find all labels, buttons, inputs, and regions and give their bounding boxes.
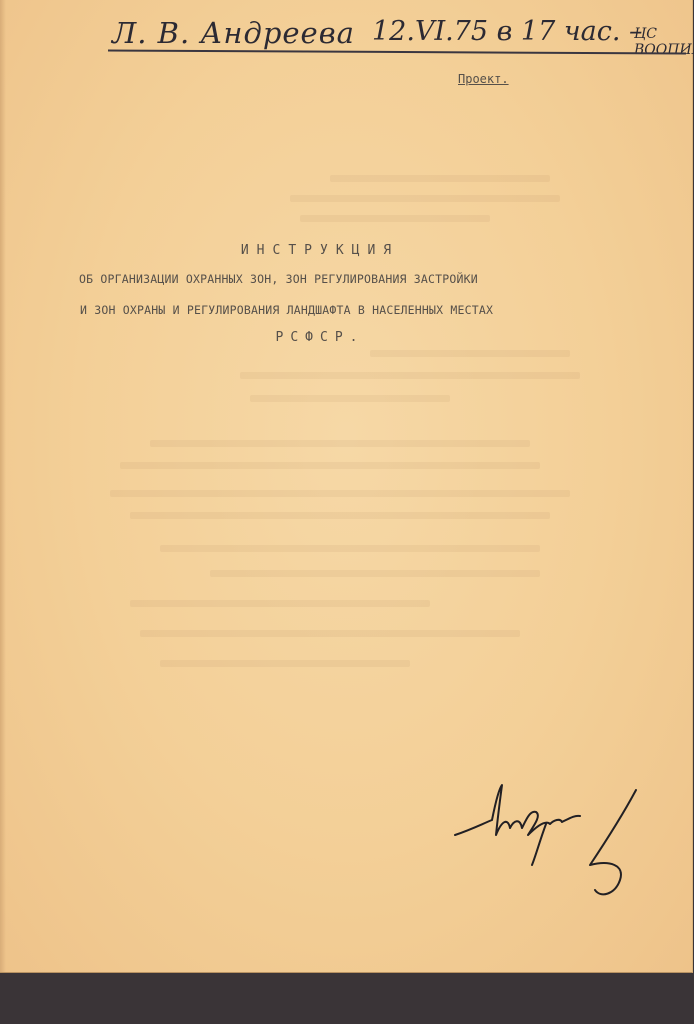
handwritten-underline bbox=[108, 49, 686, 54]
handwritten-name: Л. В. Андреева bbox=[112, 16, 355, 50]
subtitle-line-3: РСФСР. bbox=[0, 330, 640, 345]
document-title: ИНСТРУКЦИЯ bbox=[0, 243, 640, 258]
signature bbox=[450, 780, 660, 900]
subtitle-line-1: ОБ ОРГАНИЗАЦИИ ОХРАННЫХ ЗОН, ЗОН РЕГУЛИР… bbox=[79, 272, 478, 286]
draft-mark: Проект. bbox=[458, 72, 509, 86]
subtitle-line-2: И ЗОН ОХРАНЫ И РЕГУЛИРОВАНИЯ ЛАНДШАФТА В… bbox=[80, 303, 493, 317]
document-page: Л. В. Андреева 12.VI.75 в 17 час. – ЦС В… bbox=[0, 0, 693, 973]
handwritten-date: 12.VI.75 в 17 час. – bbox=[372, 16, 643, 47]
